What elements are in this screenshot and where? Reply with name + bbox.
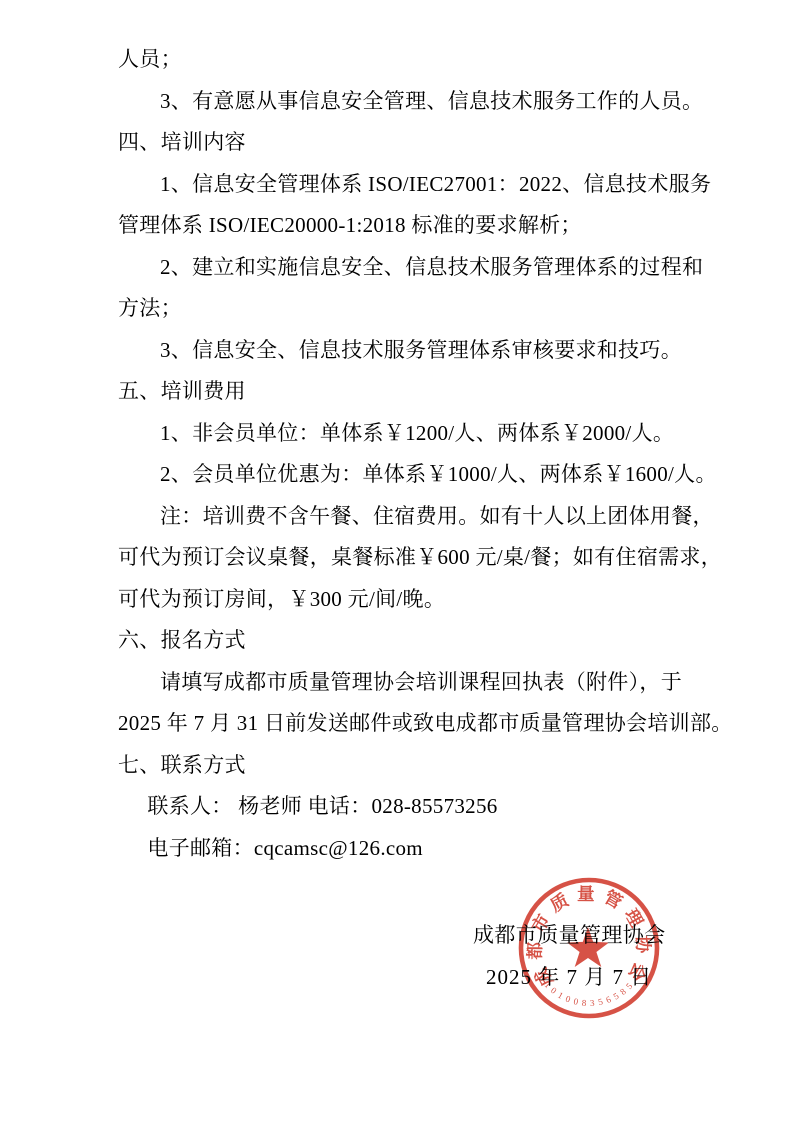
text-line: 六、报名方式 [118,620,684,662]
text-line: 3、信息安全、信息技术服务管理体系审核要求和技巧。 [118,330,684,372]
text-line: 注：培训费不含午餐、住宿费用。如有十人以上团体用餐， [118,496,684,538]
text-line: 人员； [118,39,684,81]
official-seal-stamp: 成都市质量管理协会 5101008356585 [516,875,662,1021]
text-line: 1、非会员单位：单体系￥1200/人、两体系￥2000/人。 [118,413,684,455]
text-line: 2、建立和实施信息安全、信息技术服务管理体系的过程和 [118,247,684,289]
text-line: 1、信息安全管理体系 ISO/IEC27001：2022、信息技术服务 [118,164,684,206]
text-line: 联系人： 杨老师 电话：028-85573256 [118,786,684,828]
text-line: 3、有意愿从事信息安全管理、信息技术服务工作的人员。 [118,81,684,123]
text-line: 电子邮箱：cqcamsc@126.com [118,828,684,870]
red-star-icon [567,927,609,967]
text-line: 四、培训内容 [118,122,684,164]
text-line: 2、会员单位优惠为：单体系￥1000/人、两体系￥1600/人。 [118,454,684,496]
document-page: 人员；3、有意愿从事信息安全管理、信息技术服务工作的人员。四、培训内容1、信息安… [0,0,794,1123]
text-line: 请填写成都市质量管理协会培训课程回执表（附件），于 [118,662,684,704]
text-line: 五、培训费用 [118,371,684,413]
text-line: 方法； [118,288,684,330]
text-line: 可代为预订房间，￥300 元/间/晚。 [118,579,684,621]
text-line: 2025 年 7 月 31 日前发送邮件或致电成都市质量管理协会培训部。 [118,703,684,745]
text-line: 管理体系 ISO/IEC20000-1:2018 标准的要求解析； [118,205,684,247]
text-line: 可代为预订会议桌餐，桌餐标准￥600 元/桌/餐；如有住宿需求， [118,537,684,579]
text-line: 七、联系方式 [118,745,684,787]
document-body-text: 人员；3、有意愿从事信息安全管理、信息技术服务工作的人员。四、培训内容1、信息安… [118,39,684,869]
